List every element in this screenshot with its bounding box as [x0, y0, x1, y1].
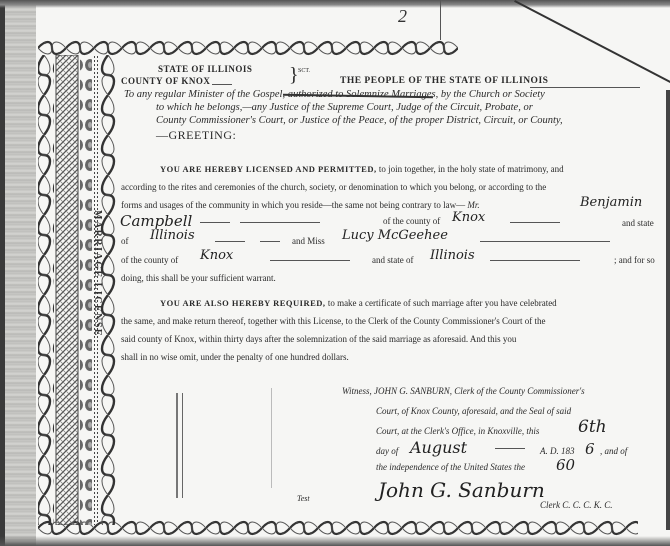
day-value: 6th: [578, 417, 607, 437]
header-state: STATE OF ILLINOIS: [158, 64, 252, 74]
license-line-2: according to the rites and ceremonies of…: [121, 182, 546, 192]
license-caps: YOU ARE HEREBY LICENSED AND PERMITTED,: [160, 164, 377, 174]
blank-rule: [215, 241, 245, 242]
blank-rule: [240, 222, 320, 223]
header-county: COUNTY OF KNOX: [121, 76, 210, 86]
bride-name: Lucy McGeehee: [342, 228, 448, 243]
blank-rule: [270, 260, 350, 261]
and-state-of-label: and state of: [372, 255, 413, 265]
ornamental-border-bottom: [38, 520, 638, 536]
witness-line-2: Court, of Knox County, aforesaid, and th…: [376, 406, 571, 416]
mr-label: Mr.: [467, 200, 479, 210]
scan-left-edge: [0, 0, 36, 546]
groom-county: Knox: [452, 210, 485, 225]
scan-bottom-edge: [0, 536, 670, 546]
scan-right-edge: [666, 90, 670, 530]
scan-mark-line: [176, 393, 178, 498]
requirement-line-3: said county of Knox, within thirty days …: [121, 334, 516, 344]
blank-rule: [260, 241, 280, 242]
and-miss-label: and Miss: [292, 236, 325, 246]
and-for-so-label: ; and for so: [614, 255, 655, 265]
license-line-1-rest: to join together, in the holy state of m…: [379, 164, 564, 174]
ad-label: A. D. 183: [540, 446, 575, 456]
fold-line: [440, 0, 441, 40]
blank-rule: [510, 222, 560, 223]
scan-top-edge: [0, 0, 670, 8]
independence-line: the independence of the United States th…: [376, 462, 525, 472]
blank-rule: [480, 241, 610, 242]
blank-rule: [200, 222, 230, 223]
address-line-3: County Commissioner's Court, or Justice …: [156, 115, 563, 126]
header-rule: [212, 84, 232, 85]
month-value: August: [410, 438, 467, 457]
header-sct: SCT.: [298, 68, 310, 74]
clerk-title: Clerk C. C. C. K. C.: [540, 500, 613, 510]
bride-county: Knox: [200, 248, 233, 263]
bride-state: Illinois: [430, 248, 475, 263]
witness-line-1: Witness, JOHN G. SANBURN, Clerk of the C…: [342, 386, 585, 396]
address-line-2: to which he belongs,—any Justice of the …: [156, 102, 533, 113]
warrant-line: doing, this shall be your sufficient war…: [121, 273, 276, 283]
license-line-3: forms and usages of the community in whi…: [121, 200, 480, 210]
groom-first-name: Benjamin: [580, 195, 642, 210]
of-label: of: [121, 236, 129, 246]
day-of-label: day of: [376, 446, 398, 456]
year-digit: 6: [585, 440, 595, 458]
test-label: Test: [297, 494, 310, 503]
blank-rule: [495, 448, 525, 449]
clerk-signature: John G. Sanburn: [378, 478, 545, 502]
of-county-of-label: of the county of: [383, 216, 440, 226]
requirement-line-1-rest: to make a certificate of such marriage a…: [328, 298, 557, 308]
requirement-line-4: shall in no wise omit, under the penalty…: [121, 352, 349, 362]
header-people-rule: [530, 87, 640, 88]
witness-line-3: Court, at the Clerk's Office, in Knoxvil…: [376, 426, 539, 436]
requirement-caps: YOU ARE ALSO HEREBY REQUIRED,: [160, 298, 326, 308]
ornamental-border-top: [38, 40, 458, 56]
border-title-vertical: MARRIAGE LICENSE: [92, 210, 103, 337]
scan-left-shadow: [0, 0, 5, 546]
of-the-county-of-label: of the county of: [121, 255, 178, 265]
requirement-line-2: the same, and make return thereof, toget…: [121, 316, 546, 326]
scan-mark-line: [182, 393, 183, 498]
scan-mark-line: [271, 388, 272, 488]
license-line-1: YOU ARE HEREBY LICENSED AND PERMITTED, t…: [160, 164, 564, 174]
groom-state: Illinois: [150, 228, 195, 243]
header-people: THE PEOPLE OF THE STATE OF ILLINOIS: [340, 76, 548, 86]
independence-year: 60: [556, 456, 575, 474]
greeting: —GREETING:: [156, 128, 236, 143]
and-of-label: , and of: [600, 446, 627, 456]
page-number: 2: [398, 6, 407, 27]
ornamental-border-left: [36, 55, 116, 525]
license-line-3-text: forms and usages of the community in whi…: [121, 200, 465, 210]
blank-rule: [490, 260, 580, 261]
requirement-line-1: YOU ARE ALSO HEREBY REQUIRED, to make a …: [160, 298, 557, 308]
marriage-license-document: 2: [0, 0, 670, 546]
and-state-label: and state: [622, 218, 654, 228]
